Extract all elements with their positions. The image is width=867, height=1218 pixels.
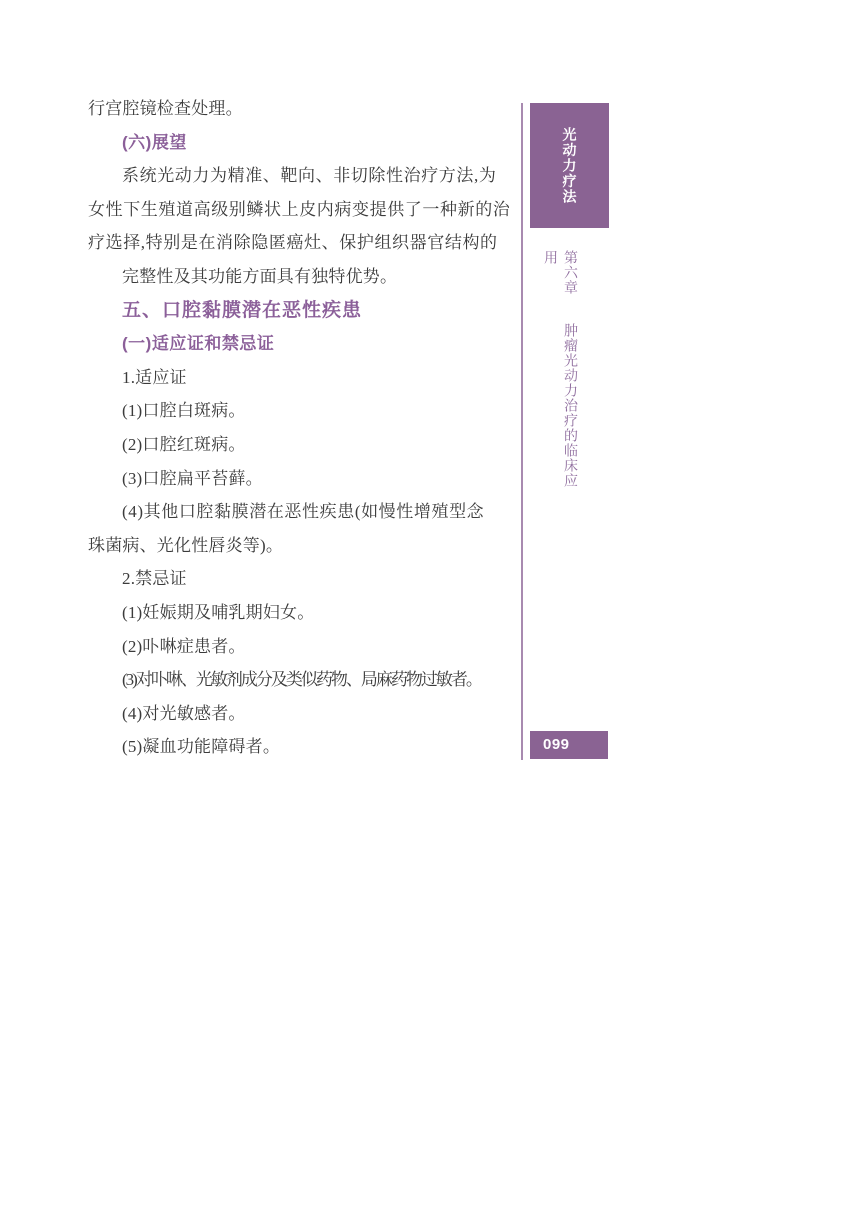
text-line: 完整性及其功能方面具有独特优势。: [88, 260, 509, 294]
page-number-badge: 099: [530, 731, 608, 759]
text-line: (5)凝血功能障碍者。: [88, 730, 509, 764]
text-line: 系统光动力为精准、靶向、非切除性治疗方法,为: [88, 159, 509, 193]
sidebar-tab: 光动力疗法: [530, 103, 609, 228]
text-line: (1)妊娠期及哺乳期妇女。: [88, 596, 509, 630]
text-line: (一)适应证和禁忌证: [88, 327, 509, 361]
chapter-text: 第六章 肿瘤光动力治疗的临床应用: [541, 250, 581, 495]
sidebar-tab-label: 光动力疗法: [560, 127, 580, 205]
text-line: (1)口腔白斑病。: [88, 394, 509, 428]
text-line: (六)展望: [88, 126, 509, 160]
text-line: 行宫腔镜检查处理。: [88, 92, 509, 126]
text-line: 女性下生殖道高级别鳞状上皮内病变提供了一种新的治: [88, 193, 509, 227]
chapter-number: 第六章: [563, 250, 579, 295]
text-column: 行宫腔镜检查处理。(六)展望系统光动力为精准、靶向、非切除性治疗方法,为女性下生…: [88, 92, 509, 764]
sidebar-rule: [521, 103, 523, 760]
text-line: (4)对光敏感者。: [88, 697, 509, 731]
text-line: 1.适应证: [88, 361, 509, 395]
text-line: 五、口腔黏膜潜在恶性疾患: [88, 294, 509, 328]
text-line: (3)对卟啉、光敏剂成分及类似药物、局麻药物过敏者。: [88, 663, 509, 697]
text-line: 2.禁忌证: [88, 562, 509, 596]
page-number: 099: [543, 736, 570, 753]
text-line: (2)卟啉症患者。: [88, 630, 509, 664]
book-page: 行宫腔镜检查处理。(六)展望系统光动力为精准、靶向、非切除性治疗方法,为女性下生…: [0, 0, 867, 1218]
text-line: (4)其他口腔黏膜潜在恶性疾患(如慢性增殖型念: [88, 495, 509, 529]
text-line: (2)口腔红斑病。: [88, 428, 509, 462]
chapter-marker: 第六章 肿瘤光动力治疗的临床应用: [532, 250, 590, 495]
text-line: (3)口腔扁平苔藓。: [88, 462, 509, 496]
text-line: 疗选择,特别是在消除隐匿癌灶、保护组织器官结构的: [88, 226, 509, 260]
text-line: 珠菌病、光化性唇炎等)。: [88, 529, 509, 563]
